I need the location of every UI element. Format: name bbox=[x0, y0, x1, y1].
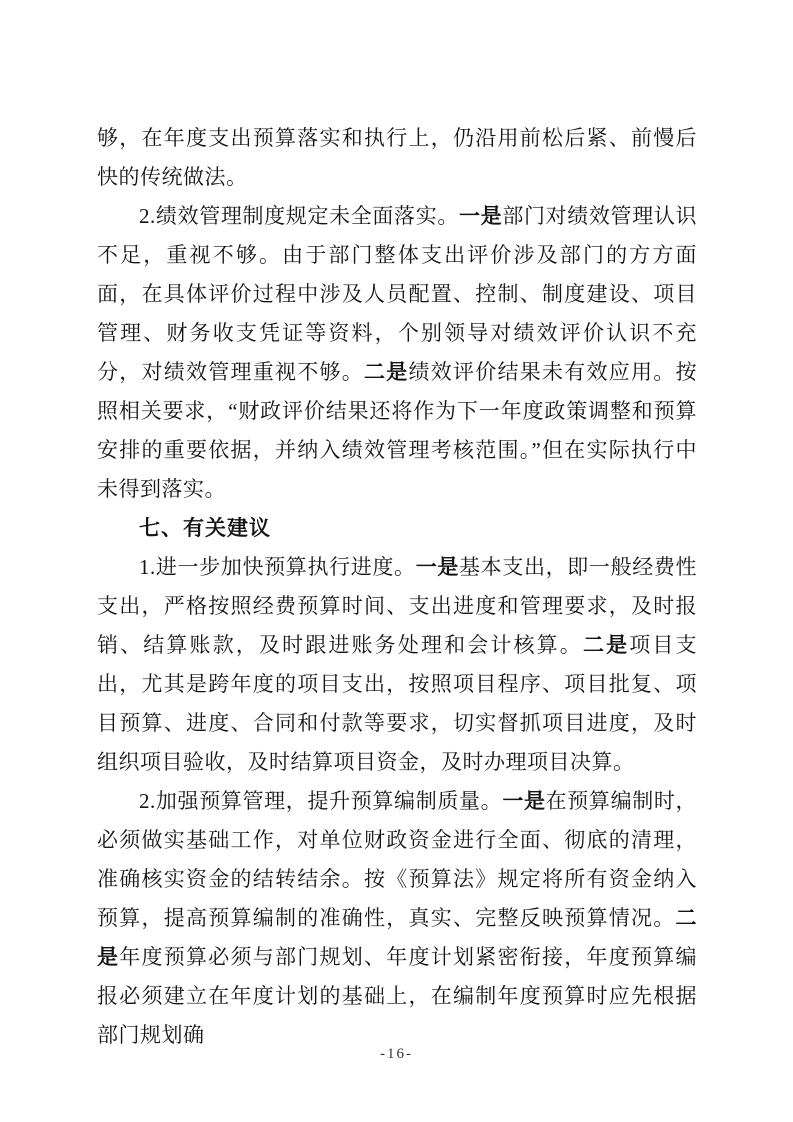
emphasis-text-run: 二是 bbox=[583, 634, 629, 657]
emphasis-text-run: 一是 bbox=[502, 790, 545, 813]
emphasis-text-run: 七、有关建议 bbox=[139, 517, 271, 540]
paragraph: 够，在年度支出预算落实和执行上，仍沿用前松后紧、前慢后快的传统做法。 bbox=[97, 119, 697, 197]
document-content: 够，在年度支出预算落实和执行上，仍沿用前松后紧、前慢后快的传统做法。2.绩效管理… bbox=[97, 119, 697, 1055]
text-run: 够，在年度支出预算落实和执行上，仍沿用前松后紧、前慢后快的传统做法。 bbox=[97, 126, 697, 189]
section-heading: 七、有关建议 bbox=[97, 509, 697, 548]
paragraph: 2.加强预算管理，提升预算编制质量。一是在预算编制时，必须做实基础工作，对单位财… bbox=[97, 782, 697, 1055]
text-run: 年度预算必须与部门规划、年度计划紧密衔接，年度预算编报必须建立在年度计划的基础上… bbox=[97, 945, 697, 1047]
text-run: 1.进一步加快预算执行进度。 bbox=[139, 555, 416, 579]
emphasis-text-run: 一是 bbox=[416, 556, 459, 579]
emphasis-text-run: 二是 bbox=[364, 361, 409, 384]
text-run: 2.绩效管理制度规定未全面落实。 bbox=[139, 204, 459, 228]
paragraph: 1.进一步加快预算执行进度。一是基本支出，即一般经费性支出，严格按照经费预算时间… bbox=[97, 548, 697, 782]
emphasis-text-run: 一是 bbox=[459, 205, 502, 228]
document-page: 够，在年度支出预算落实和执行上，仍沿用前松后紧、前慢后快的传统做法。2.绩效管理… bbox=[0, 0, 793, 1122]
text-run: 2.加强预算管理，提升预算编制质量。 bbox=[139, 789, 502, 813]
text-run: 部门对绩效管理认识不足，重视不够。由于部门整体支出评价涉及部门的方方面面，在具体… bbox=[97, 204, 697, 384]
paragraph: 2.绩效管理制度规定未全面落实。一是部门对绩效管理认识不足，重视不够。由于部门整… bbox=[97, 197, 697, 509]
page-number: -16- bbox=[0, 1046, 793, 1063]
